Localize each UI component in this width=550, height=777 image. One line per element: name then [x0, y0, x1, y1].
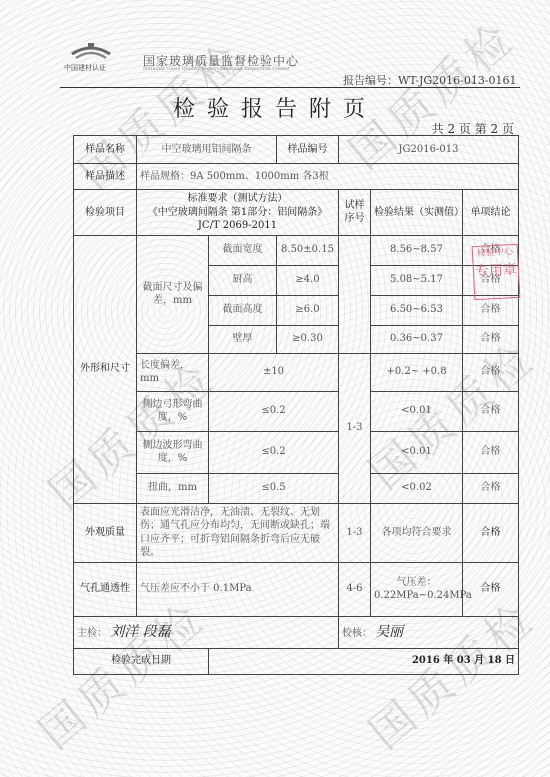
- row-standard: ≤0.5: [209, 473, 339, 503]
- sample-name-label: 样品名称: [74, 136, 137, 164]
- row-standard: ≥0.30: [277, 325, 339, 353]
- row-result: <0.01: [371, 431, 463, 473]
- inspector-label: 主检：: [77, 628, 107, 639]
- table-header-row: 检验项目 标准要求（测试方法） 《中空玻璃间隔条 第1部分：铝间隔条》 JC/T…: [74, 190, 519, 236]
- row-result: 8.56~8.57: [371, 235, 463, 265]
- row-result: 5.08~5.17: [371, 265, 463, 295]
- row-verdict: 合格: [463, 295, 519, 325]
- col-sample-seq: 试样序号: [339, 190, 371, 236]
- row-item: 侧边波形弯曲度，%: [137, 431, 209, 473]
- sample-name-value: 中空玻璃用铝间隔条: [137, 136, 277, 164]
- row-result: <0.01: [371, 391, 463, 431]
- row-standard: 表面应光滑洁净，无油渍、无裂纹、无划伤；通气孔应分布均匀，无间断或缺孔；端口应齐…: [137, 503, 339, 562]
- report-number-label: 报告编号：: [343, 74, 398, 87]
- row-seq: 4-6: [339, 562, 371, 616]
- row-item: 厨高: [209, 265, 277, 295]
- completion-date-label: 检验完成日期: [74, 648, 209, 674]
- row-item: 长度偏差，mm: [137, 353, 209, 391]
- row-verdict: 合格: [463, 473, 519, 503]
- row-standard: 气压差应不小于 0.1MPa: [137, 562, 339, 616]
- row-result: 气压差： 0.22MPa~0.24MPa: [371, 562, 463, 616]
- row-item: 侧边弓形弯曲度，%: [137, 391, 209, 431]
- table-row: 外形和尺寸 截面尺寸及偏差，mm 截面宽度 8.50±0.15 8.56~8.5…: [74, 235, 519, 265]
- row-standard: ≤0.2: [209, 391, 339, 431]
- col-item: 检验项目: [74, 190, 137, 236]
- row-result: 6.50~6.53: [371, 295, 463, 325]
- row-result-line: 气压差：: [374, 576, 459, 590]
- row-item: 壁厚: [209, 325, 277, 353]
- group-shape-size: 外形和尺寸: [74, 235, 137, 503]
- row-standard: 8.50±0.15: [277, 235, 339, 265]
- header-divider: [60, 87, 520, 88]
- table-row: 侧边波形弯曲度，% ≤0.2 <0.01 合格: [74, 431, 519, 473]
- row-verdict: 合格: [463, 391, 519, 431]
- row-verdict: 合格: [463, 503, 519, 562]
- row-verdict: 合格: [463, 235, 519, 265]
- report-number: 报告编号：WT-JG2016-013-0161: [343, 72, 517, 88]
- row-seq: 1-3: [339, 353, 371, 503]
- row-verdict: 合格: [463, 562, 519, 616]
- table-row: 扭曲，mm ≤0.5 <0.02 合格: [74, 473, 519, 503]
- reviewer-signature: 吴丽: [375, 624, 403, 640]
- col-standard-line: 《中空玻璃间隔条 第1部分：铝间隔条》: [140, 206, 335, 220]
- row-verdict: 合格: [463, 265, 519, 295]
- table-row: 侧边弓形弯曲度，% ≤0.2 <0.01 合格: [74, 391, 519, 431]
- row-item: 外观质量: [74, 503, 137, 562]
- table-row: 样品名称 中空玻璃用铝间隔条 样品编号 JG2016-013: [74, 136, 519, 164]
- org-name-en: National Glass Quality Supervision and I…: [143, 66, 290, 72]
- sample-desc-label: 样品描述: [74, 164, 137, 190]
- sample-no-value: JG2016-013: [339, 136, 519, 164]
- col-standard-line: JC/T 2069-2011: [140, 219, 335, 233]
- row-seq: 1-3: [339, 503, 371, 562]
- row-verdict: 合格: [463, 431, 519, 473]
- logo-caption: 中国建材认证: [64, 63, 106, 73]
- row-verdict: 合格: [463, 325, 519, 353]
- row-item: 气孔通透性: [74, 562, 137, 616]
- col-result: 检验结果（实测值）: [371, 190, 463, 236]
- row-standard: ≥6.0: [277, 295, 339, 325]
- row-result: <0.02: [371, 473, 463, 503]
- row-seq: [339, 235, 371, 353]
- row-result: 各项均符合要求: [371, 503, 463, 562]
- table-row: 长度偏差，mm ±10 1-3 +0.2~ +0.8 合格: [74, 353, 519, 391]
- date-row: 检验完成日期 2016 年 03 月 18 日: [74, 648, 519, 674]
- table-row: 样品描述 样品规格：9A 500mm、1000mm 各3根: [74, 164, 519, 190]
- row-item: 截面宽度: [209, 235, 277, 265]
- row-standard: ±10: [209, 353, 339, 391]
- group-section-dim: 截面尺寸及偏差，mm: [137, 235, 209, 353]
- inspector-signature: 刘洋 段磊: [110, 624, 170, 640]
- row-standard: ≥4.0: [277, 265, 339, 295]
- col-verdict: 单项结论: [463, 190, 519, 236]
- report-number-value: WT-JG2016-013-0161: [398, 74, 517, 87]
- sample-desc-value: 样品规格：9A 500mm、1000mm 各3根: [137, 164, 519, 190]
- inspection-table: 样品名称 中空玻璃用铝间隔条 样品编号 JG2016-013 样品描述 样品规格…: [73, 135, 519, 675]
- row-result-line: 0.22MPa~0.24MPa: [374, 589, 459, 603]
- reviewer-label: 校核：: [342, 628, 372, 639]
- inspector-cell: 主检： 刘洋 段磊: [74, 616, 339, 648]
- row-result: 0.36~0.37: [371, 325, 463, 353]
- org-logo-icon: [68, 40, 114, 62]
- row-result: +0.2~ +0.8: [371, 353, 463, 391]
- signature-row: 主检： 刘洋 段磊 校核： 吴丽: [74, 616, 519, 648]
- col-standard: 标准要求（测试方法） 《中空玻璃间隔条 第1部分：铝间隔条》 JC/T 2069…: [137, 190, 339, 236]
- table-row: 气孔通透性 气压差应不小于 0.1MPa 4-6 气压差： 0.22MPa~0.…: [74, 562, 519, 616]
- row-standard: ≤0.2: [209, 431, 339, 473]
- reviewer-cell: 校核： 吴丽: [339, 616, 519, 648]
- row-item: 扭曲，mm: [137, 473, 209, 503]
- col-standard-line: 标准要求（测试方法）: [140, 192, 335, 206]
- row-verdict: 合格: [463, 353, 519, 391]
- row-item: 截面高度: [209, 295, 277, 325]
- page-title: 检验报告附页: [0, 92, 550, 123]
- sample-no-label: 样品编号: [277, 136, 339, 164]
- table-row: 外观质量 表面应光滑洁净，无油渍、无裂纹、无划伤；通气孔应分布均匀，无间断或缺孔…: [74, 503, 519, 562]
- completion-date-value: 2016 年 03 月 18 日: [209, 648, 519, 674]
